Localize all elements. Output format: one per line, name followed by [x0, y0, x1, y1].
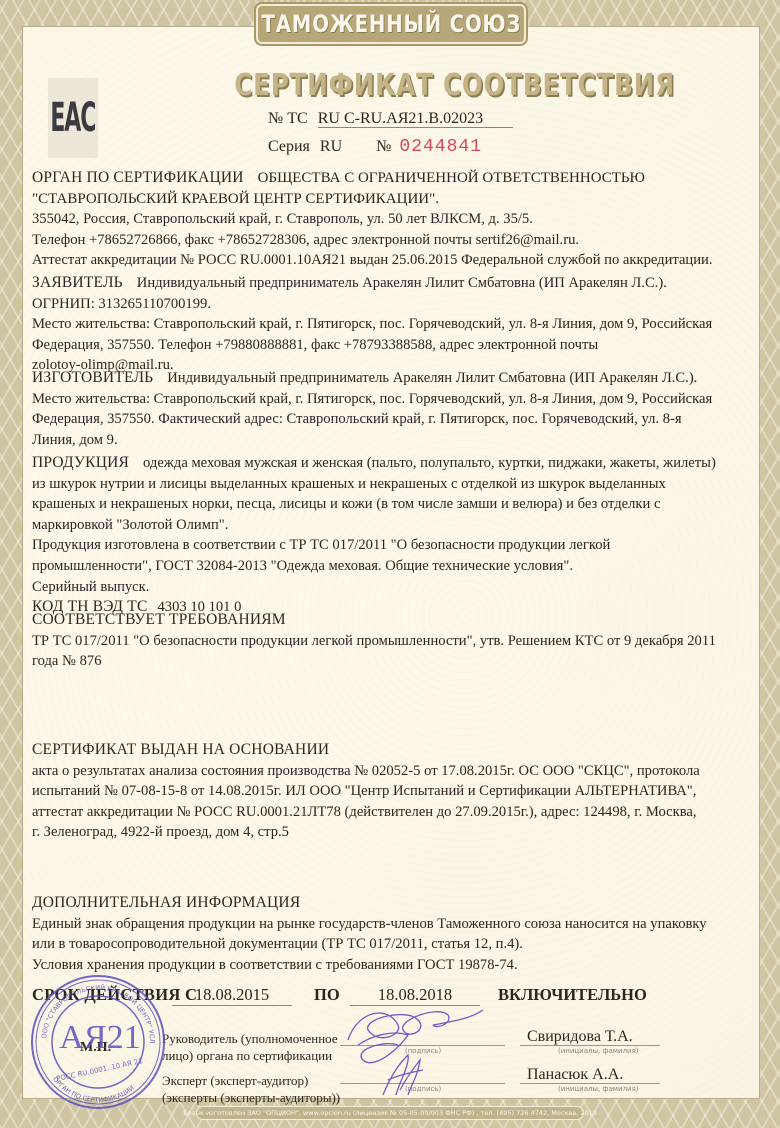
head-label: Руководитель (уполномоченное лицо) орган…: [162, 1030, 338, 1064]
number-label: №: [376, 138, 391, 155]
signature-caption: (подпись): [405, 1085, 441, 1093]
eac-mark-icon: EAC: [48, 78, 98, 158]
validity-suffix: ВКЛЮЧИТЕЛЬНО: [498, 985, 647, 1005]
section-label: ДОПОЛНИТЕЛЬНАЯ ИНФОРМАЦИЯ: [32, 893, 752, 914]
basis-section: СЕРТИФИКАТ ВЫДАН НА ОСНОВАНИИ акта о рез…: [32, 740, 752, 843]
expert-signature-line: [340, 1083, 505, 1084]
manufacturer-section: ИЗГОТОВИТЕЛЬИндивидуальный предпринимате…: [32, 368, 752, 450]
validity-to-label: ПО: [314, 985, 340, 1005]
applicant-section: ЗАЯВИТЕЛЬИндивидуальный предприниматель …: [32, 273, 752, 376]
banner-text: ТАМОЖЕННЫЙ СОЮЗ: [261, 10, 521, 38]
expert-label: Эксперт (эксперт-аудитор) (эксперты (экс…: [162, 1072, 340, 1106]
section-label: ПРОДУКЦИЯ: [32, 454, 129, 471]
certification-body-section: ОРГАН ПО СЕРТИФИКАЦИИОБЩЕСТВА С ОГРАНИЧЕ…: [32, 168, 752, 271]
valid-from-date: 18.08.2015: [172, 985, 292, 1006]
section-label: ИЗГОТОВИТЕЛЬ: [32, 369, 153, 386]
expert-name: Панасюк А.А.: [527, 1066, 623, 1084]
head-name-line: [520, 1045, 660, 1046]
tc-label: № ТС: [268, 110, 308, 127]
section-label: СЕРТИФИКАТ ВЫДАН НА ОСНОВАНИИ: [32, 740, 752, 761]
series-row: Серия RU № 0244841: [268, 137, 482, 157]
tc-number: RU C-RU.АЯ21.В.02023: [318, 110, 513, 128]
expert-name-line: [520, 1083, 660, 1084]
section-label: ОРГАН ПО СЕРТИФИКАЦИИ: [32, 169, 244, 186]
initials-caption: (инициалы, фамилия): [558, 1047, 639, 1055]
print-imprint: Бланк изготовлен ЗАО "ОПЦИОН", www.opcio…: [196, 1106, 584, 1120]
series-label: Серия: [268, 138, 310, 155]
section-label: СООТВЕТСТВУЕТ ТРЕБОВАНИЯМ: [32, 610, 752, 631]
valid-to-date: 18.08.2018: [350, 985, 480, 1006]
serial-number: 0244841: [399, 137, 482, 157]
document-title: СЕРТИФИКАТ СООТВЕТСТВИЯ: [234, 68, 546, 103]
tc-number-row: № ТС RU C-RU.АЯ21.В.02023: [268, 110, 513, 128]
additional-info-section: ДОПОЛНИТЕЛЬНАЯ ИНФОРМАЦИЯ Единый знак об…: [32, 893, 752, 975]
customs-union-banner: ТАМОЖЕННЫЙ СОЮЗ: [256, 4, 526, 44]
initials-caption: (инициалы, фамилия): [558, 1085, 639, 1093]
signature-caption: (подпись): [405, 1047, 441, 1055]
section-label: ЗАЯВИТЕЛЬ: [32, 274, 123, 291]
compliance-section: СООТВЕТСТВУЕТ ТРЕБОВАНИЯМ ТР ТС 017/2011…: [32, 610, 752, 672]
head-name: Свиридова Т.А.: [527, 1028, 633, 1046]
head-signature-line: [340, 1045, 505, 1046]
product-section: ПРОДУКЦИЯодежда меховая мужская и женска…: [32, 453, 752, 618]
seal-place-label: М.П.: [80, 1040, 111, 1056]
series-value: RU: [320, 138, 342, 155]
